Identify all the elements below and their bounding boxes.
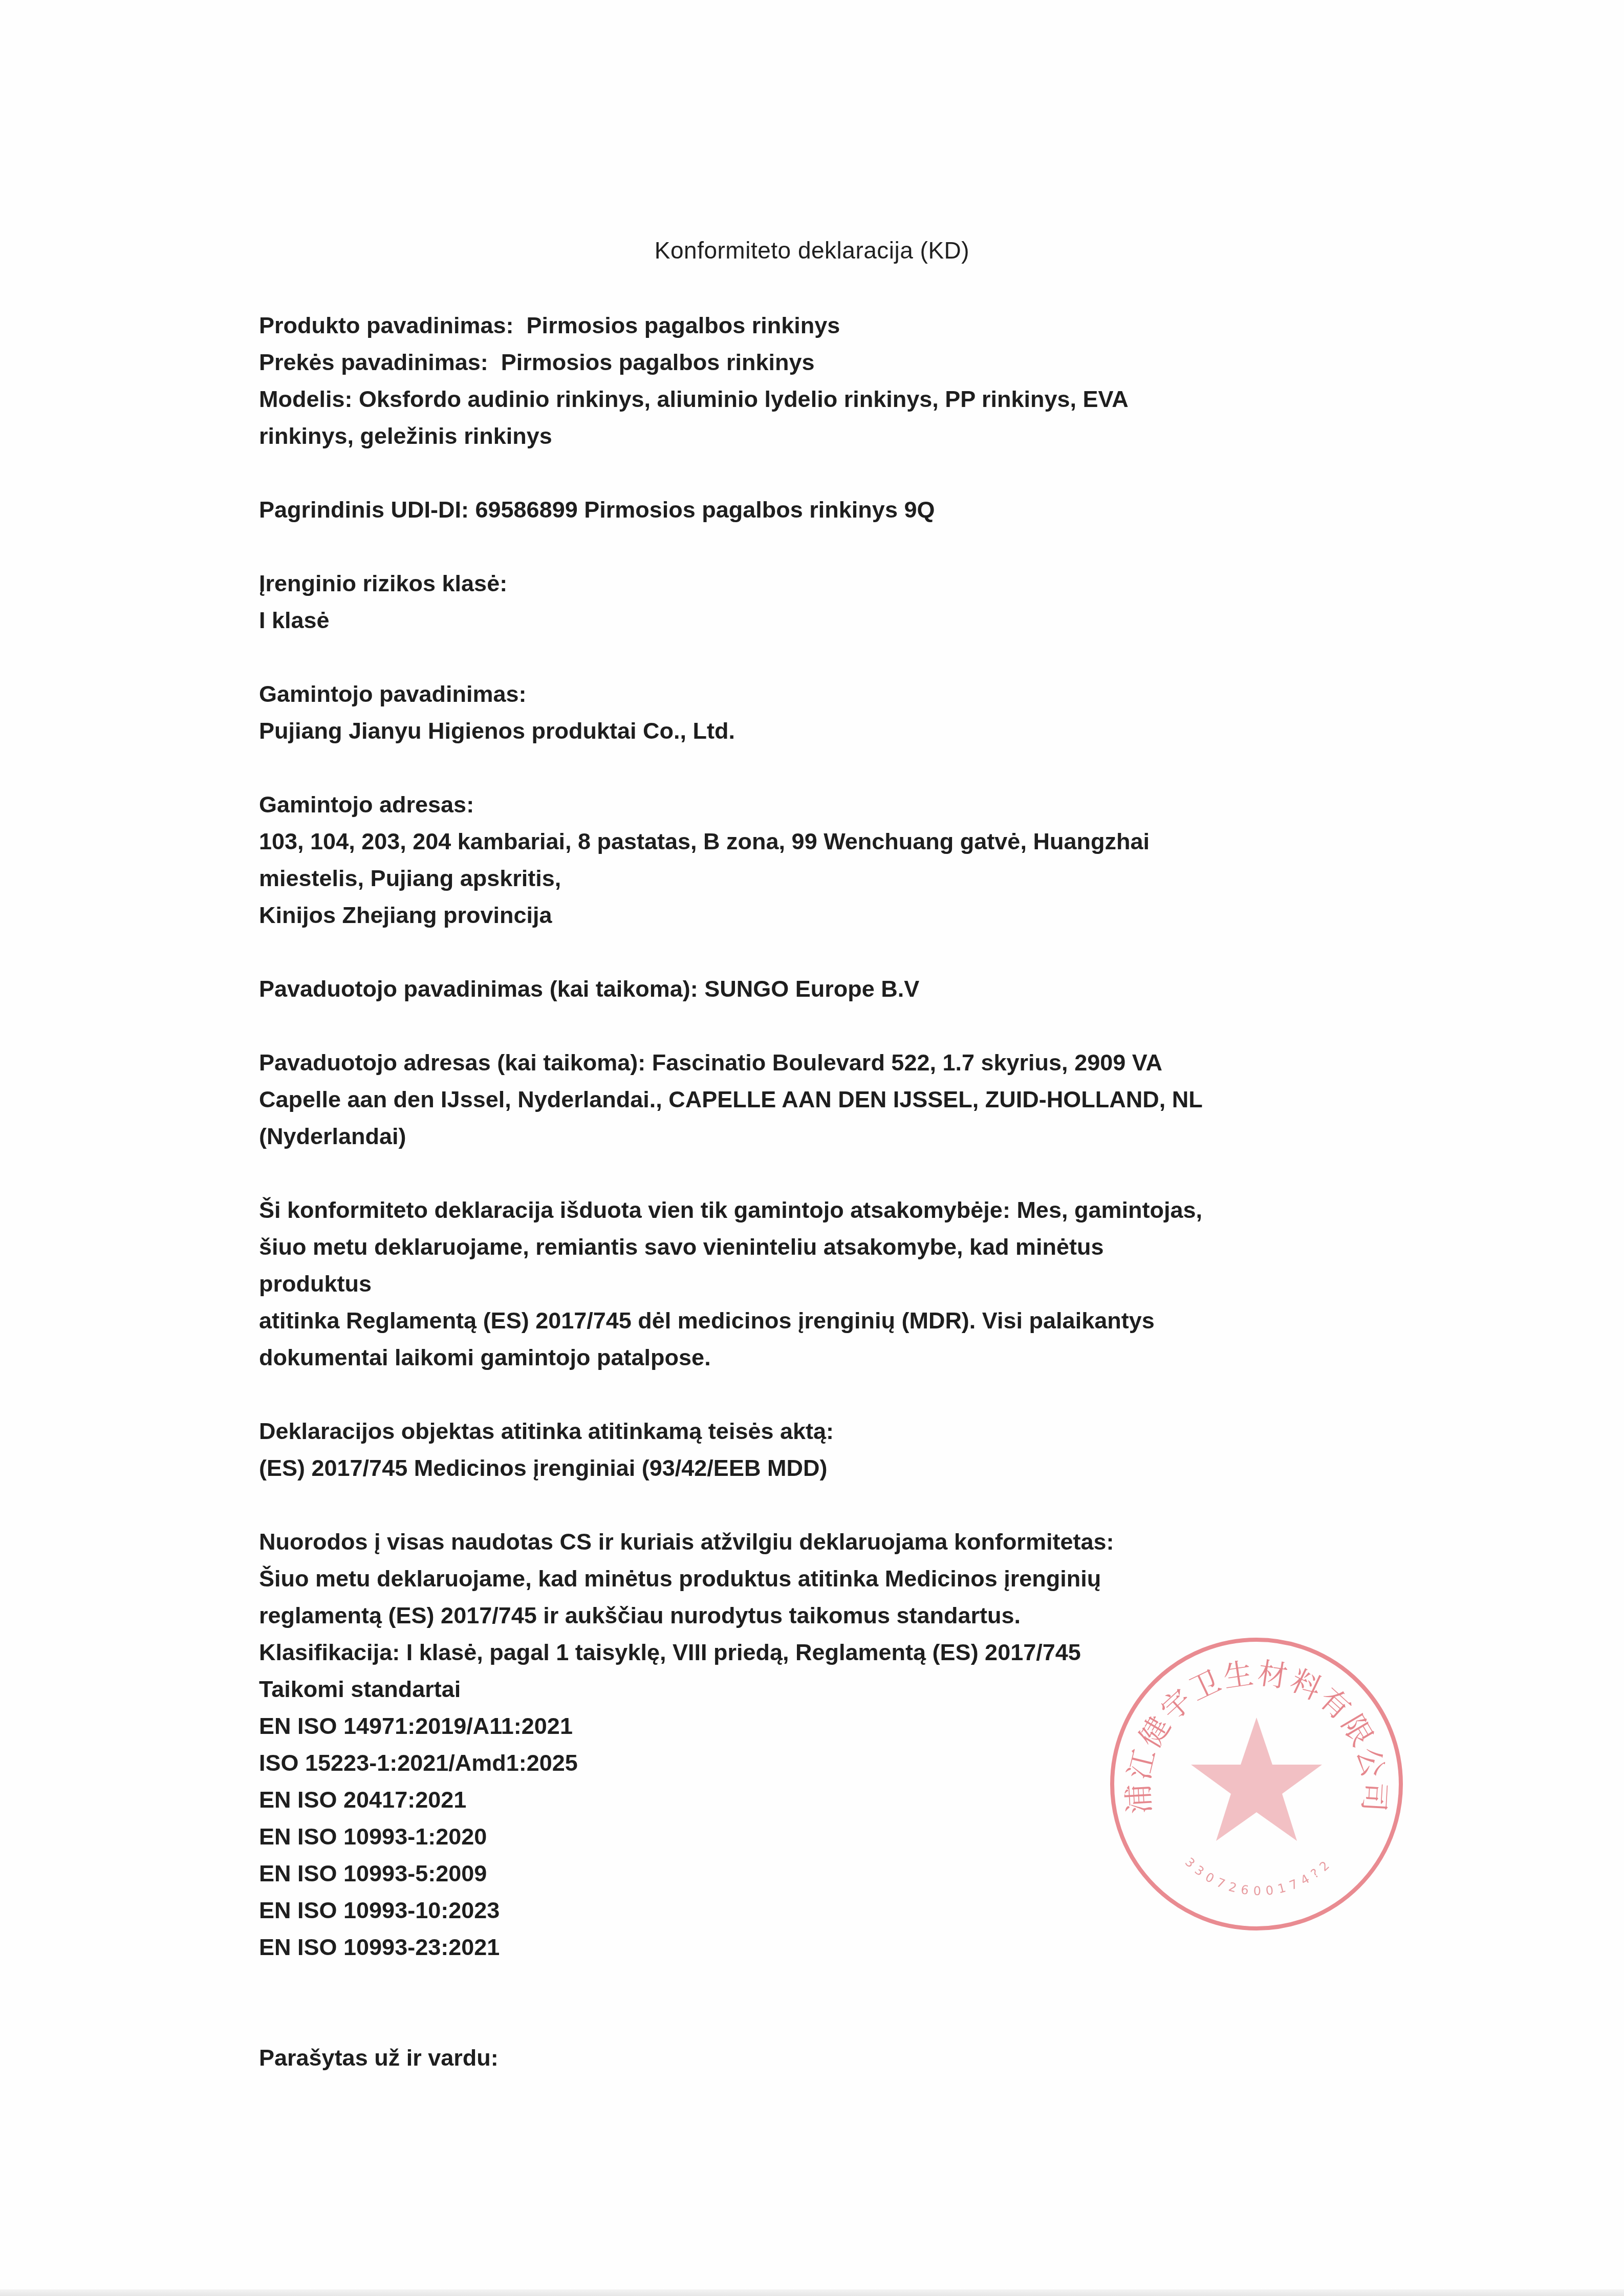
representative-address-line: (Nyderlandai) bbox=[259, 1118, 1385, 1155]
scan-bottom-edge bbox=[0, 2289, 1624, 2296]
basic-udi-di: Pagrindinis UDI-DI: 69586899 Pirmosios p… bbox=[259, 491, 1385, 528]
legislation-line: (ES) 2017/745 Medicinos įrenginiai (93/4… bbox=[259, 1450, 1385, 1487]
declaration-line: produktus bbox=[259, 1265, 1385, 1302]
company-seal-stamp: 浦江健宇卫生材料有限公司 33072600174?2 bbox=[1103, 1630, 1410, 1938]
trade-name-line: Prekės pavadinimas: Pirmosios pagalbos r… bbox=[259, 344, 1385, 381]
product-name-label: Produkto pavadinimas: bbox=[259, 312, 514, 338]
representative-address-line: Capelle aan den IJssel, Nyderlandai., CA… bbox=[259, 1081, 1385, 1118]
representative-address-line: Pavaduotojo adresas (kai taikoma): Fasci… bbox=[259, 1044, 1385, 1081]
references-line: Nuorodos į visas naudotas CS ir kuriais … bbox=[259, 1523, 1385, 1560]
spacer bbox=[259, 2003, 1385, 2040]
manufacturer-address-label: Gamintojo adresas: bbox=[259, 786, 1385, 823]
model-line-2: rinkinys, geležinis rinkinys bbox=[259, 418, 1385, 455]
risk-class-label: Įrenginio rizikos klasė: bbox=[259, 565, 1385, 602]
references-line: reglamentą (ES) 2017/745 ir aukščiau nur… bbox=[259, 1597, 1385, 1634]
seal-star-icon bbox=[1191, 1718, 1322, 1841]
legislation-line: Deklaracijos objektas atitinka atitinkam… bbox=[259, 1413, 1385, 1450]
spacer bbox=[259, 455, 1385, 491]
manufacturer-address-line: 103, 104, 203, 204 kambariai, 8 pastatas… bbox=[259, 823, 1385, 860]
spacer bbox=[259, 749, 1385, 786]
risk-class-value: I klasė bbox=[259, 602, 1385, 639]
spacer bbox=[259, 934, 1385, 971]
spacer bbox=[259, 639, 1385, 676]
representative-name: Pavaduotojo pavadinimas (kai taikoma): S… bbox=[259, 971, 1385, 1007]
trade-name-label: Prekės pavadinimas: bbox=[259, 349, 488, 375]
spacer bbox=[259, 1007, 1385, 1044]
manufacturer-address-line: miestelis, Pujiang apskritis, bbox=[259, 860, 1385, 897]
declaration-line: atitinka Reglamentą (ES) 2017/745 dėl me… bbox=[259, 1302, 1385, 1339]
declaration-line: šiuo metu deklaruojame, remiantis savo v… bbox=[259, 1229, 1385, 1265]
spacer bbox=[259, 1155, 1385, 1192]
product-name-line: Produkto pavadinimas: Pirmosios pagalbos… bbox=[259, 307, 1385, 344]
manufacturer-name-label: Gamintojo pavadinimas: bbox=[259, 676, 1385, 713]
manufacturer-name-value: Pujiang Jianyu Higienos produktai Co., L… bbox=[259, 713, 1385, 749]
document-page: Konformiteto deklaracija (KD) Produkto p… bbox=[0, 0, 1624, 2296]
spacer bbox=[259, 1376, 1385, 1413]
manufacturer-address-line: Kinijos Zhejiang provincija bbox=[259, 897, 1385, 934]
spacer bbox=[259, 528, 1385, 565]
seal-serial-number: 33072600174?2 bbox=[1182, 1855, 1336, 1898]
trade-name-value: Pirmosios pagalbos rinkinys bbox=[501, 349, 815, 375]
product-name-value: Pirmosios pagalbos rinkinys bbox=[527, 312, 840, 338]
spacer bbox=[259, 1487, 1385, 1523]
spacer bbox=[259, 1966, 1385, 2003]
references-line: Šiuo metu deklaruojame, kad minėtus prod… bbox=[259, 1560, 1385, 1597]
signed-label: Parašytas už ir vardu: bbox=[259, 2040, 1385, 2076]
model-line-1: Modelis: Oksfordo audinio rinkinys, aliu… bbox=[259, 381, 1385, 418]
declaration-line: Ši konformiteto deklaracija išduota vien… bbox=[259, 1192, 1385, 1229]
document-title: Konformiteto deklaracija (KD) bbox=[0, 237, 1624, 264]
declaration-line: dokumentai laikomi gamintojo patalpose. bbox=[259, 1339, 1385, 1376]
